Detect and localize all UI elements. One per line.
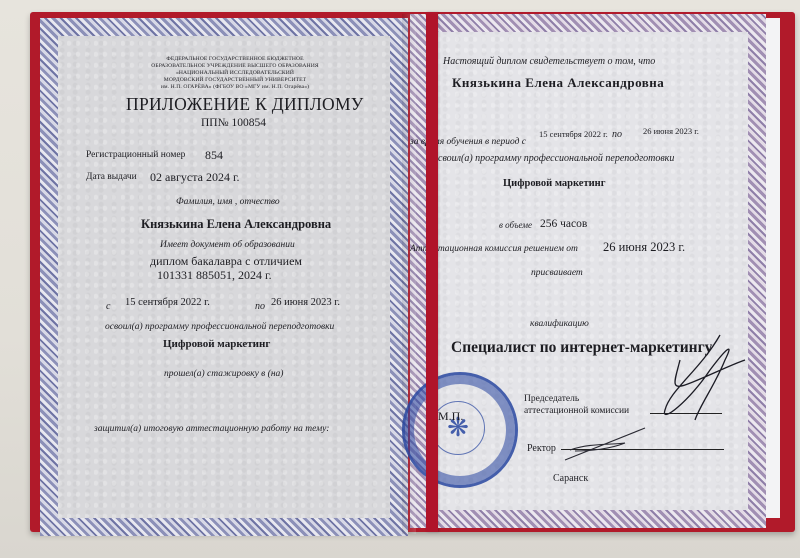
period-to-label: по [255,301,265,312]
program-label: освоил(а) программу профессиональной пер… [105,322,334,332]
issue-date-value: 02 августа 2024 г. [150,170,240,185]
program-label: освоил(а) программу профессиональной пер… [433,153,674,164]
appendix-number: ПП№ 100854 [201,117,266,129]
fio-value: Князькина Елена Александровна [141,217,331,232]
edu-doc-value: диплом бакалавра с отличием [150,254,302,269]
chairman-label-2: аттестационной комиссии [524,406,629,416]
edu-doc-label: Имеет документ об образовании [160,240,295,250]
period-from-value: 15 сентября 2022 г. [539,129,608,139]
thesis-label: защитил(а) итоговую аттестационную работ… [94,424,329,434]
reg-number-label: Регистрационный номер [86,150,185,160]
fio-value: Князькина Елена Александровна [452,75,664,91]
program-value: Цифровой маркетинг [503,178,605,189]
header-line: ФЕДЕРАЛЬНОЕ ГОСУДАРСТВЕННОЕ БЮДЖЕТНОЕ [150,56,320,63]
volume-value: 256 часов [540,218,587,230]
commission-date: 26 июня 2023 г. [603,240,685,255]
official-stamp: ❋ [402,372,518,488]
chairman-signature [640,330,750,430]
university-header: ФЕДЕРАЛЬНОЕ ГОСУДАРСТВЕННОЕ БЮДЖЕТНОЕ ОБ… [150,56,320,91]
period-to-value: 26 июня 2023 г. [643,126,699,136]
reg-number-value: 854 [205,148,223,163]
city-label: Саранск [553,473,588,484]
internship-label: прошел(а) стажировку в (на) [164,369,283,379]
volume-label: в объеме [499,220,532,230]
qualification-label: квалификацию [530,319,589,329]
issue-date-label: Дата выдачи [86,172,137,182]
stamp-label: М.П. [438,409,463,424]
header-line: им. Н.П. ОГАРЁВА» (ФГБОУ ВО «МГУ им. Н.П… [150,84,320,91]
header-line: ОБРАЗОВАТЕЛЬНОЕ УЧРЕЖДЕНИЕ ВЫСШЕГО ОБРАЗ… [150,63,320,70]
header-line: МОРДОВСКИЙ ГОСУДАРСТВЕННЫЙ УНИВЕРСИТЕТ [150,77,320,84]
rector-signature [560,425,650,465]
edu-doc-number: 101331 885051, 2024 г. [157,268,272,283]
period-to-value: 26 июня 2023 г. [271,297,340,308]
chairman-label: Председатель [524,394,579,404]
header-line: «НАЦИОНАЛЬНЫЙ ИССЛЕДОВАТЕЛЬСКИЙ [150,70,320,77]
fio-label: Фамилия, имя , отчество [176,197,280,207]
bookmark-ribbon [426,12,438,532]
period-from-label: с [106,301,110,312]
intro-text: Настоящий диплом свидетельствует о том, … [443,56,655,67]
rector-label: Ректор [527,443,556,454]
period-to-label: по [612,129,622,140]
page-title: ПРИЛОЖЕНИЕ К ДИПЛОМУ [126,94,364,115]
assigns-label: присваивает [531,268,583,278]
period-from-value: 15 сентября 2022 г. [125,297,210,308]
program-value: Цифровой маркетинг [163,338,270,350]
